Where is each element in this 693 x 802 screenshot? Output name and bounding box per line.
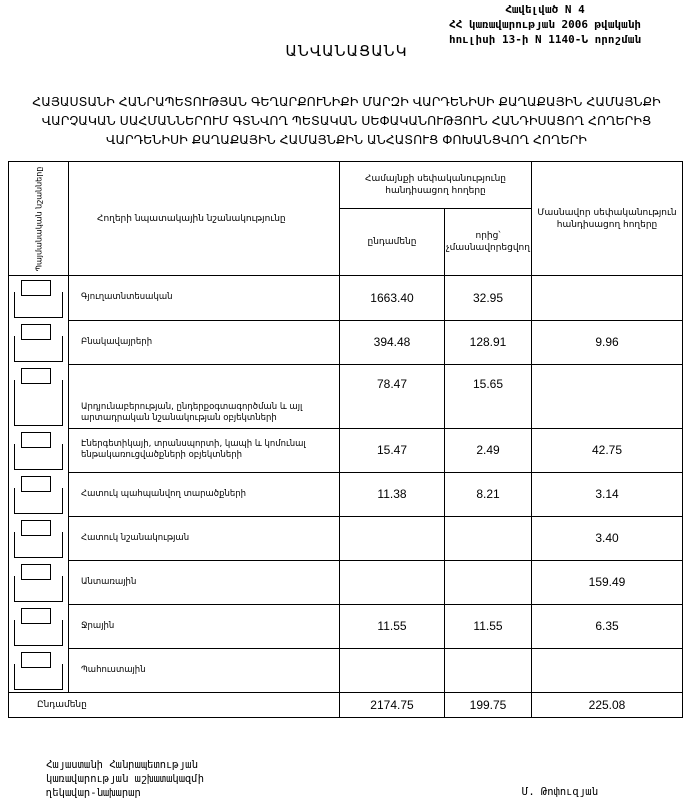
community-total: 11.38 (340, 472, 445, 516)
subtitle-line-3: ՎԱՐԴԵՆԻՍԻ ՔԱՂԱՔԱՅԻՆ ՀԱՄԱՅՆՔԻՆ ԱՆՀԱՏՈՒՑ Փ… (0, 130, 693, 149)
community-total: 78.47 (340, 364, 445, 428)
total-of-which: 199.75 (445, 693, 532, 718)
document-title: ԱՆՎԱՆԱՑԱՆԿ (0, 42, 693, 60)
table-row: Պահուստային (9, 648, 683, 693)
legend-symbol-cell (9, 472, 69, 516)
community-total (340, 516, 445, 560)
land-purpose-name: Հատուկ պահպանվող տարածքների (69, 472, 340, 516)
legend-symbol-box (21, 368, 51, 384)
private-property-value (532, 364, 683, 428)
table-row: Էներգետիկայի, տրանսպորտի, կապի և կոմունա… (9, 428, 683, 472)
table-row: Հատուկ պահպանվող տարածքների11.388.213.14 (9, 472, 683, 516)
annex-number: Հավելված N 4 (410, 2, 680, 17)
legend-bracket (14, 380, 63, 426)
private-property-value: 9.96 (532, 320, 683, 364)
community-total: 1663.40 (340, 276, 445, 321)
community-total: 394.48 (340, 320, 445, 364)
legend-symbol-box (21, 280, 51, 296)
legend-symbol-cell (9, 276, 69, 321)
community-of-which: 11.55 (445, 604, 532, 648)
land-purpose-name: Գյուղատնտեսական (69, 276, 340, 321)
document-subtitle: ՀԱՅԱՍՏԱՆԻ ՀԱՆՐԱՊԵՏՈՒԹՅԱՆ ԳԵՂԱՐՔՈՒՆԻՔԻ ՄԱ… (0, 92, 693, 149)
community-of-which (445, 560, 532, 604)
community-of-which: 2.49 (445, 428, 532, 472)
total-private: 225.08 (532, 693, 683, 718)
legend-symbol-box (21, 520, 51, 536)
table-row: Գյուղատնտեսական1663.4032.95 (9, 276, 683, 321)
community-of-which (445, 648, 532, 693)
header-land-purpose: Հողերի նպատակային նշանակությունը (69, 162, 340, 276)
private-property-value: 159.49 (532, 560, 683, 604)
table-row: Անտառային159.49 (9, 560, 683, 604)
header-of-which-non-privatized: որից՝ չմասնավորեցվող (445, 209, 532, 276)
table-row: Արդյունաբերության, ընդերքօգտագործման և ա… (9, 364, 683, 428)
total-sum: 2174.75 (340, 693, 445, 718)
signatory-line-1: Հայաստանի Հանրապետության (46, 758, 204, 772)
community-total: 15.47 (340, 428, 445, 472)
community-of-which (445, 516, 532, 560)
legend-symbol-cell (9, 560, 69, 604)
community-total (340, 648, 445, 693)
header-total: ընդամենը (340, 209, 445, 276)
subtitle-line-1: ՀԱՅԱՍՏԱՆԻ ՀԱՆՐԱՊԵՏՈՒԹՅԱՆ ԳԵՂԱՐՔՈՒՆԻՔԻ ՄԱ… (0, 92, 693, 111)
table-row: Ջրային11.5511.556.35 (9, 604, 683, 648)
legend-symbol-box (21, 652, 51, 668)
legend-symbol-cell (9, 320, 69, 364)
private-property-value (532, 276, 683, 321)
legend-symbol-cell (9, 648, 69, 693)
table-row: Բնակավայրերի394.48128.919.96 (9, 320, 683, 364)
community-of-which: 128.91 (445, 320, 532, 364)
signatory-name: Մ. Թոփուզյան (522, 786, 598, 798)
land-purpose-name: Արդյունաբերության, ընդերքօգտագործման և ա… (69, 364, 340, 428)
legend-symbol-cell (9, 604, 69, 648)
private-property-value: 42.75 (532, 428, 683, 472)
legend-symbol-box (21, 432, 51, 448)
community-of-which: 32.95 (445, 276, 532, 321)
legend-symbol-cell (9, 516, 69, 560)
total-label: Ընդամենը (9, 693, 340, 718)
land-purpose-name: Պահուստային (69, 648, 340, 693)
legend-symbol-box (21, 608, 51, 624)
header-community-property: Համայնքի սեփականությունը հանդիսացող հողե… (340, 162, 532, 209)
community-of-which: 8.21 (445, 472, 532, 516)
annex-government: ՀՀ կառավարության 2006 թվականի (410, 17, 680, 32)
private-property-value: 6.35 (532, 604, 683, 648)
community-total: 11.55 (340, 604, 445, 648)
legend-symbol-box (21, 564, 51, 580)
private-property-value: 3.14 (532, 472, 683, 516)
header-legend-symbols: Պայմանական նշանները (9, 162, 69, 276)
land-list-table: Պայմանական նշանները Հողերի նպատակային նշ… (8, 161, 683, 718)
total-row: Ընդամենը 2174.75 199.75 225.08 (9, 693, 683, 718)
signatory-line-3: ղեկավար-նախարար (46, 786, 204, 800)
land-purpose-name: Անտառային (69, 560, 340, 604)
community-of-which: 15.65 (445, 364, 532, 428)
land-purpose-name: Հատուկ նշանակության (69, 516, 340, 560)
subtitle-line-2: ՎԱՐՉԱԿԱՆ ՍԱՀՄԱՆՆԵՐՈՒՄ ԳՏՆՎՈՂ ՊԵՏԱԿԱՆ ՍԵՓ… (0, 111, 693, 130)
land-purpose-name: Ջրային (69, 604, 340, 648)
table-row: Հատուկ նշանակության3.40 (9, 516, 683, 560)
land-purpose-name: Էներգետիկայի, տրանսպորտի, կապի և կոմունա… (69, 428, 340, 472)
legend-symbol-cell (9, 364, 69, 428)
annex-reference: Հավելված N 4 ՀՀ կառավարության 2006 թվակա… (410, 2, 680, 47)
private-property-value (532, 648, 683, 693)
header-private-property: Մասնավոր սեփականություն հանդիսացող հողեր… (532, 162, 683, 276)
legend-symbol-box (21, 324, 51, 340)
private-property-value: 3.40 (532, 516, 683, 560)
legend-symbol-cell (9, 428, 69, 472)
community-total (340, 560, 445, 604)
legend-symbol-box (21, 476, 51, 492)
land-purpose-name: Բնակավայրերի (69, 320, 340, 364)
signatory-line-2: կառավարության աշխատակազմի (46, 772, 204, 786)
signatory-title: Հայաստանի Հանրապետության կառավարության ա… (46, 758, 204, 800)
